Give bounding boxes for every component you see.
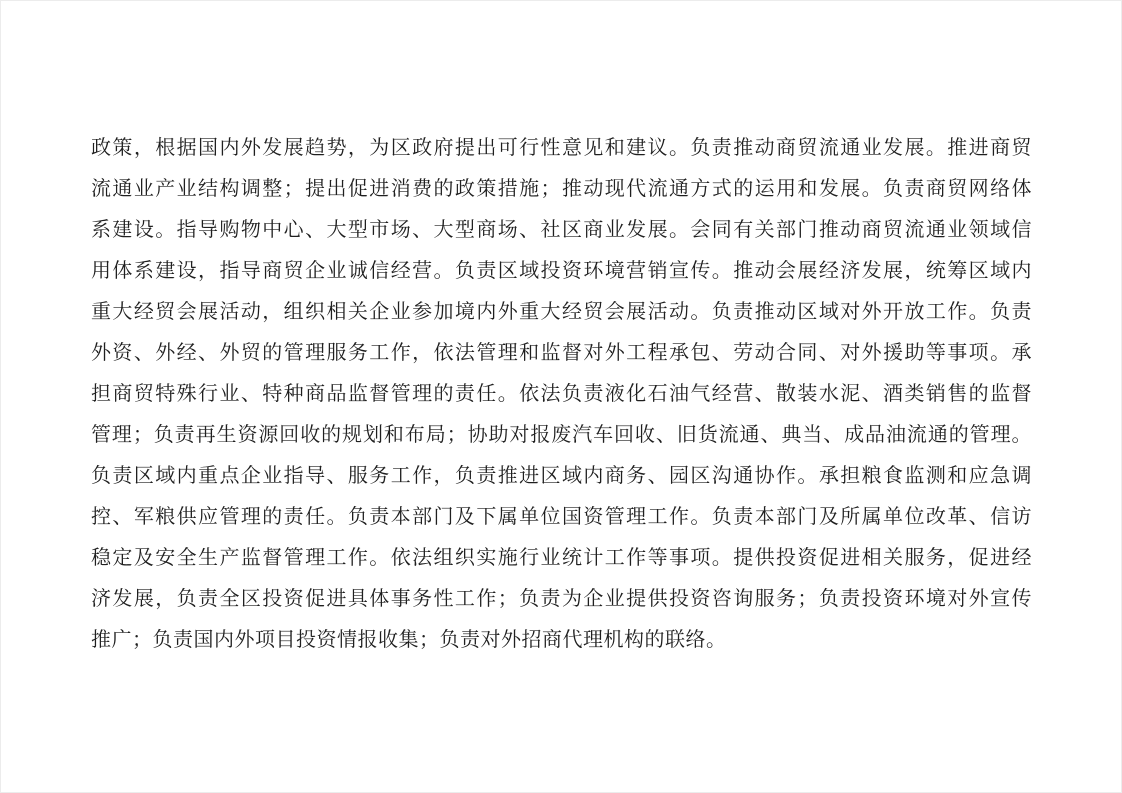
text-line: 外资、外经、外贸的管理服务工作，依法管理和监督对外工程承包、劳动合同、对外援助等… <box>91 333 1032 374</box>
text-line: 济发展，负责全区投资促进具体事务性工作；负责为企业提供投资咨询服务；负责投资环境… <box>91 579 1032 620</box>
text-line: 系建设。指导购物中心、大型市场、大型商场、社区商业发展。会同有关部门推动商贸流通… <box>91 210 1032 251</box>
text-line: 流通业产业结构调整；提出促进消费的政策措施；推动现代流通方式的运用和发展。负责商… <box>91 169 1032 210</box>
body-paragraph: 政策，根据国内外发展趋势，为区政府提出可行性意见和建议。负责推动商贸流通业发展。… <box>91 128 1032 661</box>
text-line-last: 推广；负责国内外项目投资情报收集；负责对外招商代理机构的联络。 <box>91 620 1032 661</box>
document-page: 政策，根据国内外发展趋势，为区政府提出可行性意见和建议。负责推动商贸流通业发展。… <box>0 0 1122 793</box>
text-line: 控、军粮供应管理的责任。负责本部门及下属单位国资管理工作。负责本部门及所属单位改… <box>91 497 1032 538</box>
text-line: 稳定及安全生产监督管理工作。依法组织实施行业统计工作等事项。提供投资促进相关服务… <box>91 538 1032 579</box>
text-line: 重大经贸会展活动，组织相关企业参加境内外重大经贸会展活动。负责推动区域对外开放工… <box>91 292 1032 333</box>
text-line: 负责区域内重点企业指导、服务工作，负责推进区域内商务、园区沟通协作。承担粮食监测… <box>91 456 1032 497</box>
text-line: 管理；负责再生资源回收的规划和布局；协助对报废汽车回收、旧货流通、典当、成品油流… <box>91 415 1032 456</box>
text-line: 担商贸特殊行业、特种商品监督管理的责任。依法负责液化石油气经营、散装水泥、酒类销… <box>91 374 1032 415</box>
text-line: 用体系建设，指导商贸企业诚信经营。负责区域投资环境营销宣传。推动会展经济发展，统… <box>91 251 1032 292</box>
text-line: 政策，根据国内外发展趋势，为区政府提出可行性意见和建议。负责推动商贸流通业发展。… <box>91 128 1032 169</box>
